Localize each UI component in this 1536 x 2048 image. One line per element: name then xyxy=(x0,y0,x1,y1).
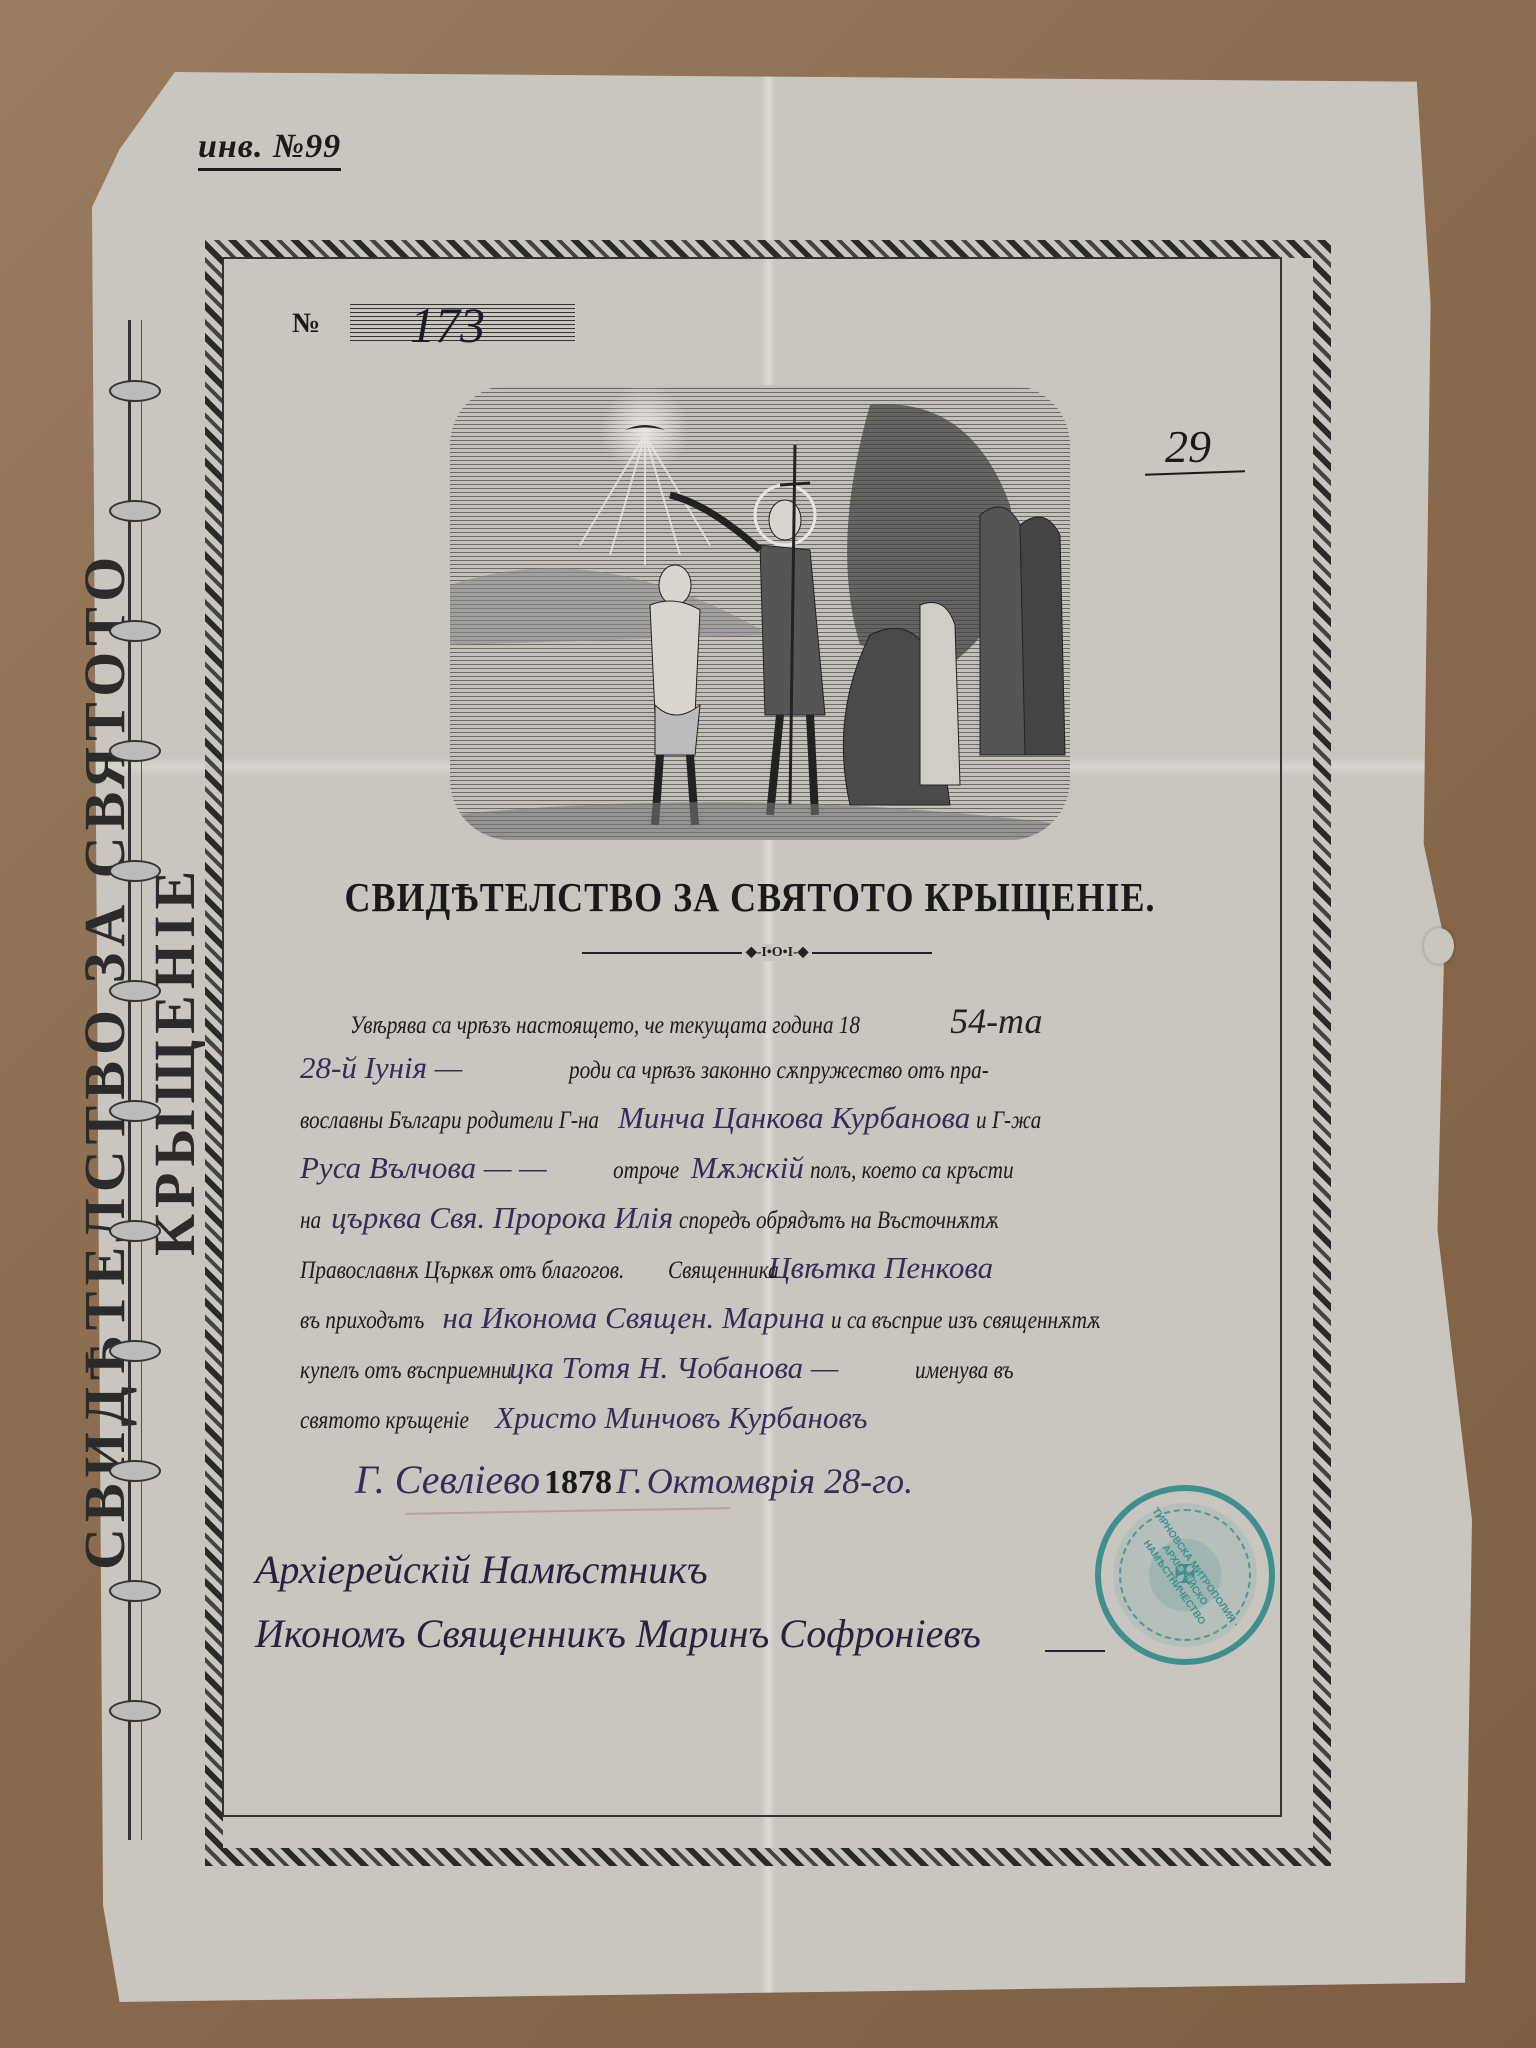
printed-text: именува въ xyxy=(915,1357,1014,1385)
printed-text: купелъ отъ въсприемни xyxy=(300,1357,512,1385)
inventory-number: инв. №99 xyxy=(198,128,341,171)
body-line-5: на църква Свя. Пророка Илія споредъ обря… xyxy=(300,1200,1056,1236)
handwritten-godparent: цка Тотя Н. Чобанова — xyxy=(509,1350,838,1385)
printed-text: споредъ обрядътъ на Въсточнѫтѫ xyxy=(679,1207,999,1235)
body-line-9: святото кръщеніе Христо Минчовъ Курбанов… xyxy=(300,1400,868,1436)
chain-link-icon xyxy=(109,740,161,762)
chain-link-icon xyxy=(109,1220,161,1242)
signature-title: Архіерейскій Намѣстникъ xyxy=(255,1546,708,1593)
chain-link-icon xyxy=(109,1580,161,1602)
signature-name: Икономъ Священникъ Маринъ Софроніевъ xyxy=(255,1610,981,1657)
handwritten-baptized-name: Христо Минчовъ Курбановъ xyxy=(495,1400,867,1435)
handwritten-mother-name: Руса Вълчова — — xyxy=(300,1150,547,1185)
chain-link-icon xyxy=(109,860,161,882)
year-suffix: Г. xyxy=(616,1461,643,1501)
place-date-line: Г. Севліево 1878 Г. Октомврія 28-го. xyxy=(355,1456,913,1503)
handwritten-parish: на Иконома Священ. Марина xyxy=(442,1300,824,1335)
stub-chain-ornament xyxy=(128,320,142,1840)
chain-link-icon xyxy=(109,1460,161,1482)
printed-text: отроче xyxy=(613,1157,679,1185)
handwritten-birth-date: 28-й Іунія — xyxy=(300,1050,462,1085)
certificate-title: СВИДѢТЕЛСТВО ЗА СВЯТОТО КРЫЩЕНІЕ. xyxy=(300,873,1200,921)
number-label: № xyxy=(292,308,320,340)
printed-text: Увѣрява са чрѣзъ настоящето, че текущата… xyxy=(350,1012,860,1040)
handwritten-date: Октомврія 28-го. xyxy=(647,1461,913,1501)
body-line-8: купелъ отъ въсприемницка Тотя Н. Чобанов… xyxy=(300,1350,1031,1386)
chain-link-icon xyxy=(109,1700,161,1722)
certificate-number: 173 xyxy=(410,296,485,354)
register-number: 29 xyxy=(1165,420,1211,473)
chain-link-icon xyxy=(109,380,161,402)
body-line-4: Руса Вълчова — — отрочеМѫжкій полъ, коет… xyxy=(300,1150,1050,1186)
printed-text: святото кръщеніе xyxy=(300,1407,469,1435)
title-divider: ◆-I•O•I-◆ xyxy=(582,950,932,956)
printed-year: 1878 xyxy=(544,1464,612,1501)
printed-text: Православнѫ Църквѫ отъ благогов. xyxy=(300,1257,624,1285)
printed-text: вославны Българи родители Г-на xyxy=(300,1107,599,1135)
handwritten-year: 54-та xyxy=(950,1001,1042,1041)
body-line-6: Православнѫ Църквѫ отъ благогов. Священн… xyxy=(300,1250,993,1286)
chain-link-icon xyxy=(109,980,161,1002)
handwritten-gender: Мѫжкій xyxy=(691,1150,804,1185)
printed-text: Священника xyxy=(668,1257,779,1285)
chain-link-icon xyxy=(109,620,161,642)
chain-link-icon xyxy=(109,1340,161,1362)
printed-text: роди са чрѣзъ законно сѫпружество отъ пр… xyxy=(569,1057,989,1085)
printed-text: полъ, което са кръсти xyxy=(810,1157,1014,1185)
body-line-3: вославны Българи родители Г-на Минча Цан… xyxy=(300,1100,1053,1136)
chain-link-icon xyxy=(109,1100,161,1122)
printed-text: въ приходътъ xyxy=(300,1307,424,1335)
signature-flourish xyxy=(1045,1650,1105,1652)
chain-link-icon xyxy=(109,500,161,522)
divider-ornament-icon: ◆-I•O•I-◆ xyxy=(742,944,812,961)
body-line-1: Увѣрява са чрѣзъ настоящето, че текущата… xyxy=(350,1000,1043,1042)
printed-text: и Г-жа xyxy=(976,1107,1041,1135)
baptism-engraving-illustration xyxy=(450,385,1070,840)
handwritten-father-name: Минча Цанкова Курбанова xyxy=(618,1100,970,1135)
baptism-scene-icon xyxy=(450,385,1070,840)
handwritten-church: църква Свя. Пророка Илія xyxy=(331,1200,673,1235)
handwritten-priest-name: Цвѣтка Пенкова xyxy=(768,1250,993,1285)
body-line-2: 28-й Іунія — роди са чрѣзъ законно сѫпру… xyxy=(300,1050,1063,1086)
printed-text: на xyxy=(300,1207,321,1235)
paper-tear xyxy=(1424,928,1454,964)
printed-text: и са въсприе изъ священнѫтѫ xyxy=(831,1307,1100,1335)
body-line-7: въ приходътъ на Иконома Священ. Марина и… xyxy=(300,1300,1148,1336)
seal-emblem-icon: ✠ xyxy=(1171,1561,1199,1589)
church-seal-stamp: ТИРНОВСКА МИТРОПОЛИЯ · АРХІЕРЕЙСКО НАМѢС… xyxy=(1095,1485,1275,1665)
handwritten-place: Г. Севліево xyxy=(355,1457,540,1502)
